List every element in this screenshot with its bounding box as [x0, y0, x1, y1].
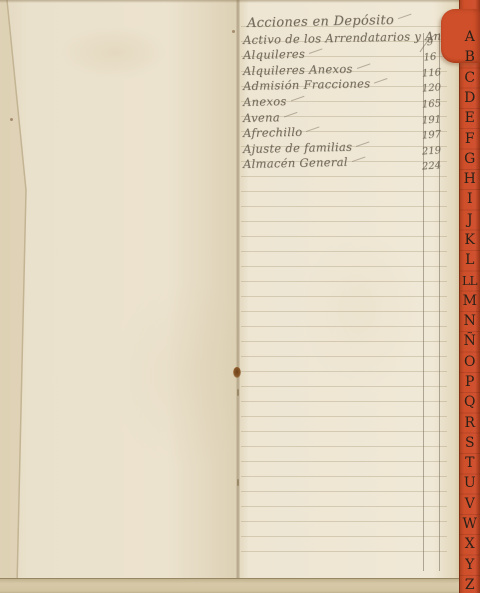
tab-letter-h: H: [459, 170, 480, 189]
tab-letter-e: E: [459, 109, 480, 128]
index-entry: Afrechillo: [243, 124, 322, 141]
pen-flourish: [284, 111, 298, 117]
tab-letter-d: D: [459, 89, 480, 108]
tab-letter-b: B: [459, 48, 480, 67]
paper-speck: [10, 118, 13, 121]
entry-title: Almacén General: [243, 155, 348, 171]
pen-flourish: [306, 126, 320, 132]
page-top-edge: [0, 0, 459, 3]
pen-flourish: [356, 141, 370, 147]
tab-letter-v: V: [459, 495, 480, 514]
entry-title: Alquileres Anexos: [243, 62, 353, 78]
tab-letter-u: U: [459, 474, 480, 493]
tab-letter-s: S: [459, 434, 480, 453]
tab-letter-p: P: [459, 373, 480, 392]
scanned-ledger-page: Acciones en Depósito Activo de los Arren…: [0, 0, 480, 593]
binding-gutter: [236, 0, 240, 584]
pen-flourish: [291, 95, 305, 101]
tab-letter-f: F: [459, 130, 480, 149]
tab-letter-n: N: [459, 312, 480, 331]
paper-speck: [232, 30, 235, 33]
entry-title: Admisión Fracciones: [243, 76, 371, 93]
tab-letter-ll: LL: [459, 272, 480, 291]
tab-letter-m: M: [459, 292, 480, 311]
page-bottom-edge: [0, 578, 459, 593]
tab-letter-enye: Ñ: [459, 332, 480, 351]
page-number-column-line-left: [423, 33, 424, 571]
binding-stitch: [237, 479, 239, 486]
pen-flourish: [398, 14, 412, 20]
tab-letter-a: A: [459, 28, 480, 47]
entry-page-number: 219: [422, 145, 439, 158]
entry-title: Anexos: [243, 94, 287, 109]
entry-page-number: 16: [422, 51, 439, 64]
tab-letter-z: Z: [459, 576, 480, 593]
pen-flourish: [374, 78, 388, 84]
binding-stitch: [237, 389, 239, 396]
entry-page-number: 165: [422, 98, 439, 111]
entry-page-number: 120: [422, 82, 439, 95]
ink-stain-spot: [233, 367, 241, 378]
entry-title: Afrechillo: [243, 125, 303, 140]
entry-title: Ajuste de familias: [243, 140, 353, 156]
tab-letter-o: O: [459, 353, 480, 372]
entry-title: Acciones en Depósito: [247, 13, 394, 31]
tab-letter-t: T: [459, 454, 480, 473]
index-entry: Admisión Fracciones: [243, 76, 390, 94]
entry-page-number: 191: [422, 114, 439, 127]
entry-title: Alquileres: [243, 47, 305, 62]
tab-letter-w: W: [459, 515, 480, 534]
index-entry: Anexos: [243, 94, 306, 110]
entry-page-number: 116: [422, 67, 439, 80]
pen-flourish: [309, 48, 323, 54]
tab-letter-j: J: [459, 211, 480, 230]
index-entry: Avena: [243, 110, 299, 126]
entry-page-number: 224: [422, 160, 439, 173]
tab-letter-i: I: [459, 190, 480, 209]
index-entry: Almacén General: [243, 154, 367, 172]
index-entry: Alquileres: [243, 46, 324, 63]
tab-letter-c: C: [459, 69, 480, 88]
tab-letter-y: Y: [459, 556, 480, 575]
entry-page-number: 9: [422, 36, 439, 49]
entry-page-number: 197: [422, 129, 439, 142]
tab-letter-g: G: [459, 150, 480, 169]
tab-letter-x: X: [459, 535, 480, 554]
entry-title: Avena: [243, 110, 280, 125]
pen-flourish: [357, 63, 371, 69]
tab-letter-q: Q: [459, 393, 480, 412]
tab-letter-k: K: [459, 231, 480, 250]
tab-letter-r: R: [459, 414, 480, 433]
tab-letter-l: L: [459, 251, 480, 270]
pen-flourish: [352, 156, 366, 162]
